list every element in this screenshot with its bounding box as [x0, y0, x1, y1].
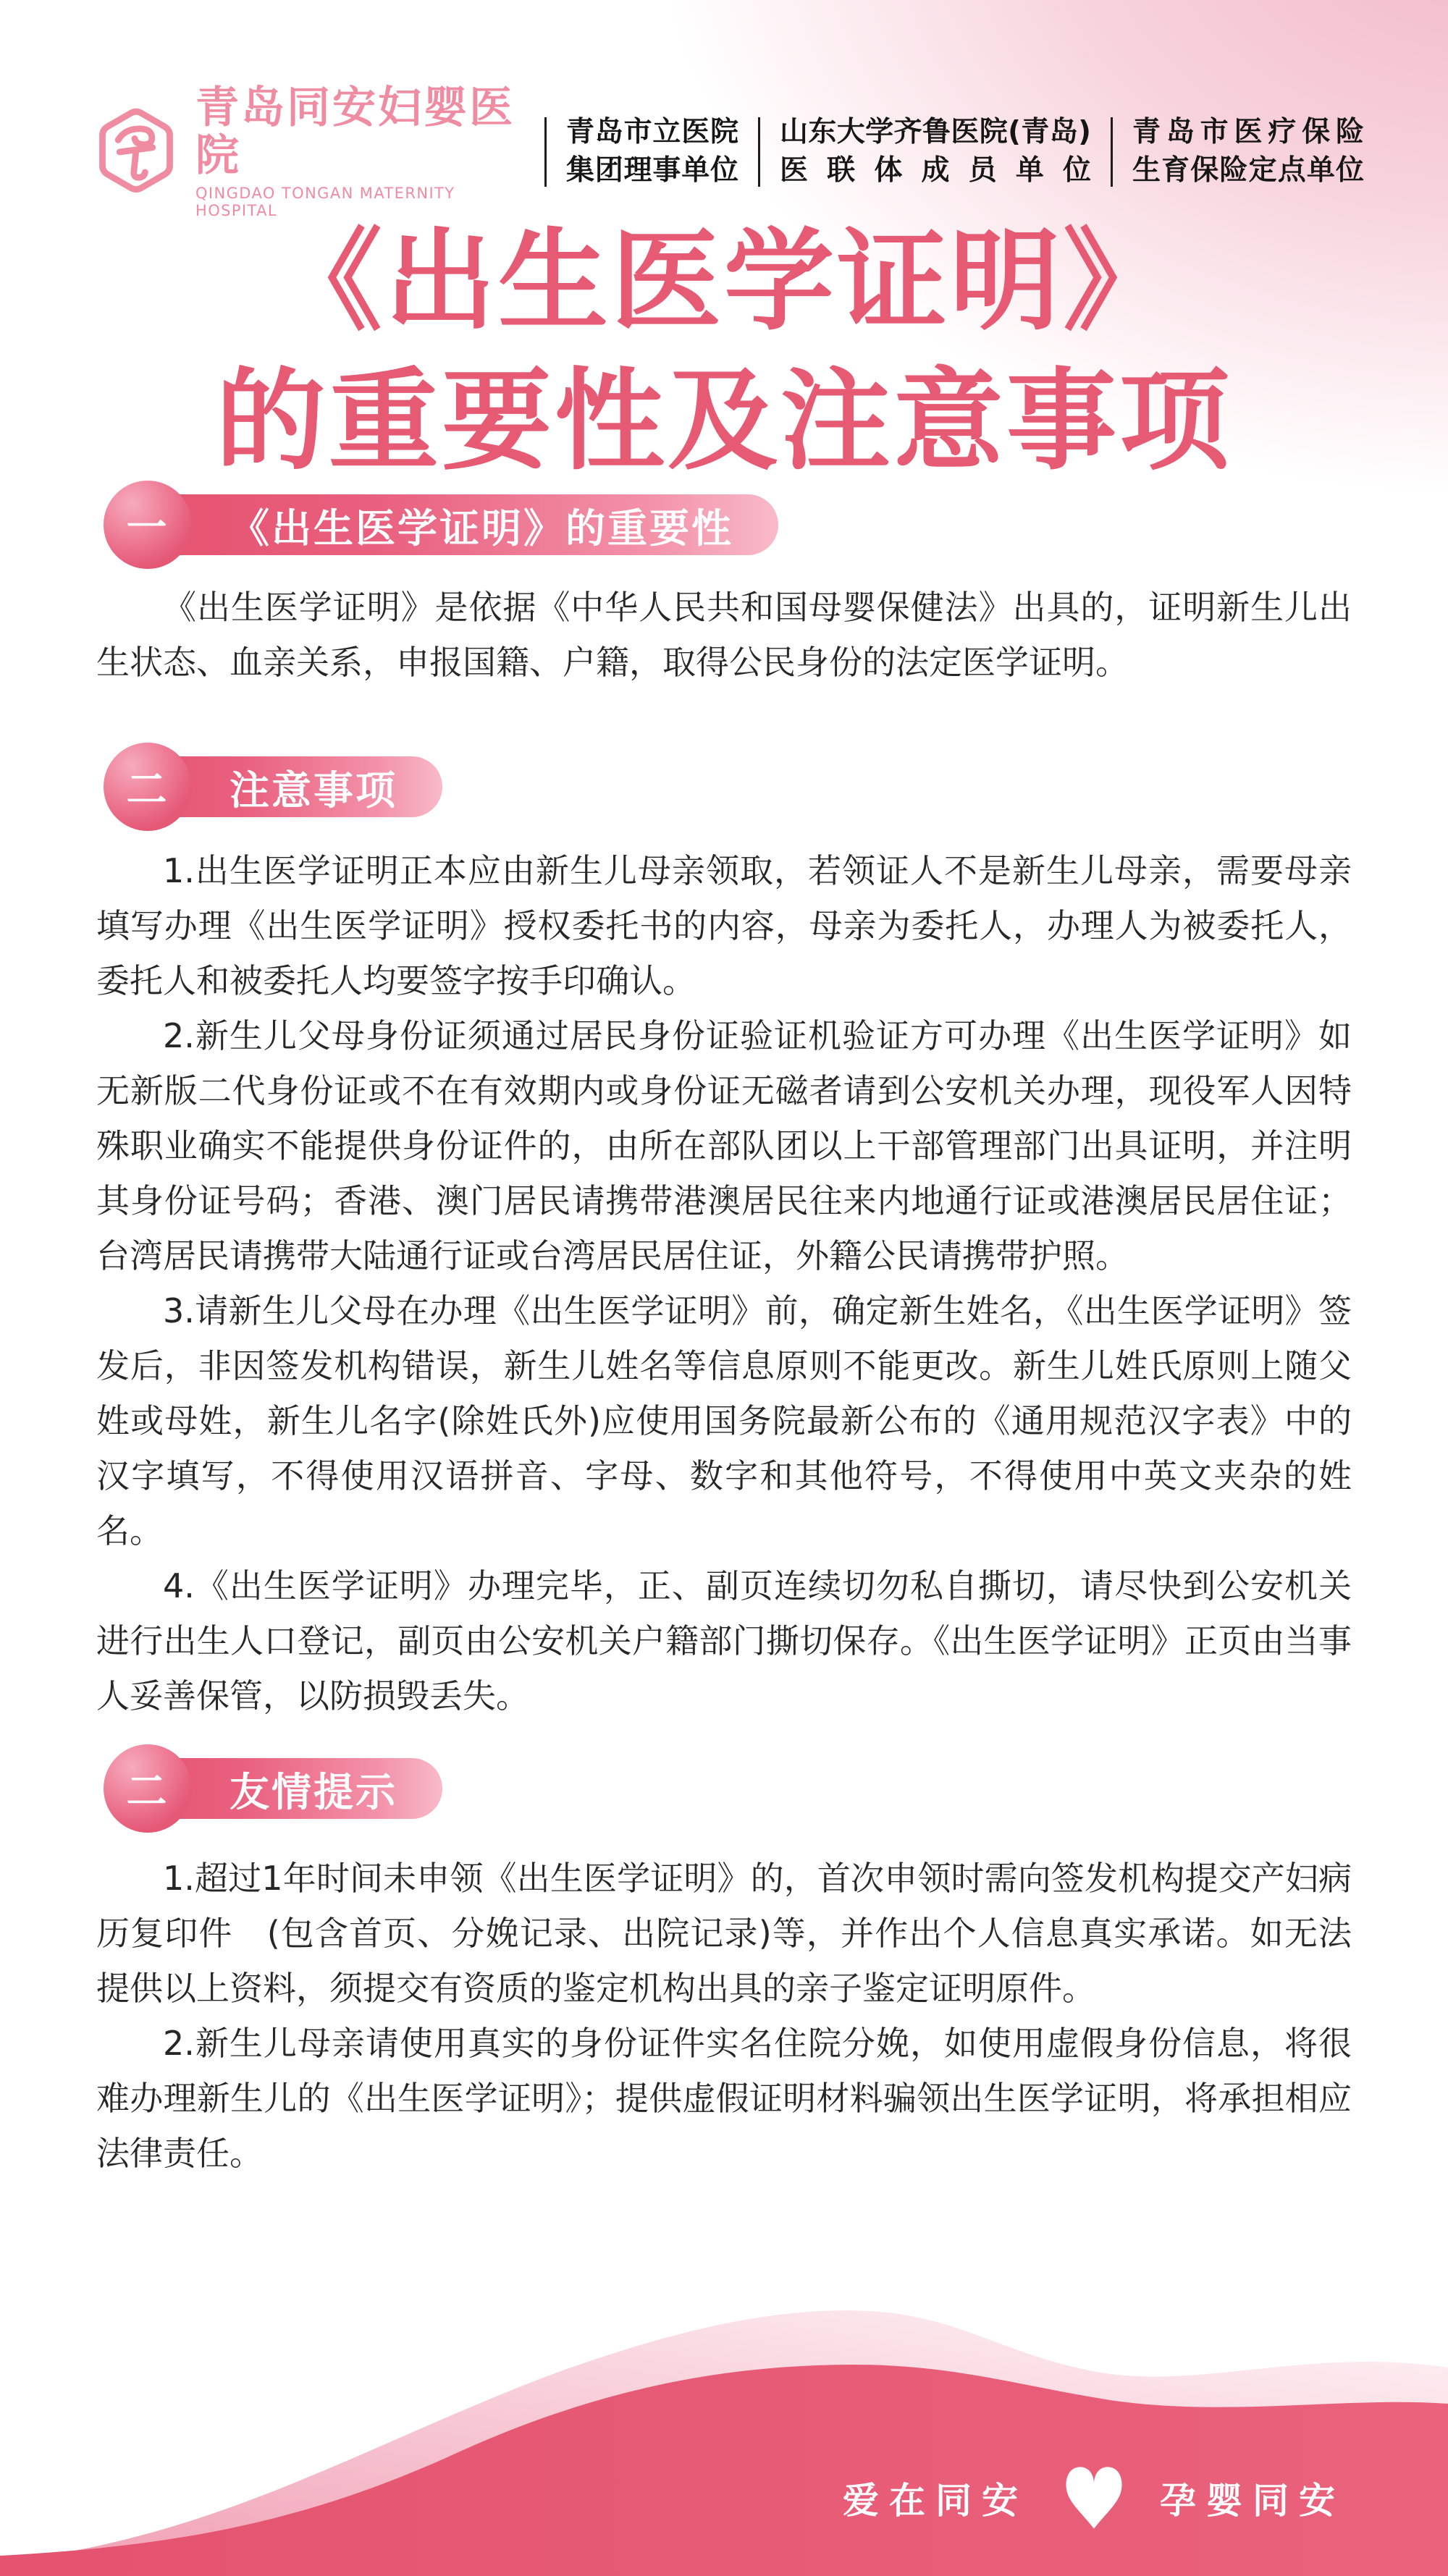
affiliation-line: 青岛市立医院 [566, 114, 738, 151]
affiliation-line: 生育保险定点单位 [1132, 152, 1364, 190]
section-heading: 友情提示 [230, 1760, 397, 1817]
section-importance: 一 《出生医学证明》的重要性 《出生医学证明》是依据《中华人民共和国母婴保健法》… [96, 494, 1352, 690]
page-title-line2: 的重要性及注意事项 [0, 351, 1448, 491]
section-paragraph: 2.新生儿父母身份证须通过居民身份证验证机验证方可办理《出生医学证明》如无新版二… [96, 1008, 1352, 1283]
hospital-name-cn: 青岛同安妇婴医院 [195, 84, 525, 180]
section-paragraph: 1.出生医学证明正本应由新生儿母亲领取，若领证人不是新生儿母亲，需要母亲填写办理… [96, 843, 1352, 1008]
section-banner: 二 注意事项 [108, 756, 442, 817]
hospital-logo-icon [91, 107, 181, 197]
section-paragraph: 《出生医学证明》是依据《中华人民共和国母婴保健法》出具的，证明新生儿出生状态、血… [96, 580, 1352, 690]
section-number-badge: 二 [104, 743, 192, 831]
section-paragraph: 1.超过1年时间未申领《出生医学证明》的，首次申领时需向签发机构提交产妇病历复印… [96, 1851, 1352, 2016]
section-heading: 注意事项 [230, 759, 397, 816]
section-number-badge: 一 [104, 481, 192, 569]
affiliation-line: 青岛市医疗保险 [1132, 114, 1364, 151]
section-paragraph: 2.新生儿母亲请使用真实的身份证件实名住院分娩，如使用虚假身份信息，将很难办理新… [96, 2016, 1352, 2181]
heart-icon [1064, 2462, 1124, 2534]
affiliation-item: 青岛市医疗保险 生育保险定点单位 [1132, 114, 1364, 190]
section-paragraph: 3.请新生儿父母在办理《出生医学证明》前，确定新生姓名，《出生医学证明》签发后，… [96, 1283, 1352, 1558]
affiliation-line: 医联体成员单位 [780, 152, 1091, 190]
section-paragraph: 4.《出生医学证明》办理完毕，正、副页连续切勿私自撕切，请尽快到公安机关进行出生… [96, 1558, 1352, 1723]
footer-slogan: 爱在同安 孕婴同安 [843, 2462, 1345, 2534]
affiliation-list: 青岛市立医院 集团理事单位 山东大学齐鲁医院(青岛) 医联体成员单位 青岛市医疗… [525, 114, 1364, 190]
section-banner: 一 《出生医学证明》的重要性 [108, 494, 778, 555]
section-banner: 二 友情提示 [108, 1758, 442, 1819]
slogan-left: 爱在同安 [843, 2472, 1028, 2524]
section-friendly-tips: 二 友情提示 1.超过1年时间未申领《出生医学证明》的，首次申领时需向签发机构提… [96, 1723, 1352, 2181]
header-divider [1111, 117, 1113, 187]
section-heading: 《出生医学证明》的重要性 [230, 497, 733, 554]
slogan-right: 孕婴同安 [1160, 2472, 1345, 2524]
header-divider [544, 117, 547, 187]
poster-page: 青岛同安妇婴医院 QINGDAO TONGAN MATERNITY HOSPIT… [0, 0, 1448, 2576]
affiliation-line: 集团理事单位 [566, 152, 738, 190]
content-column: 一 《出生医学证明》的重要性 《出生医学证明》是依据《中华人民共和国母婴保健法》… [96, 494, 1352, 2181]
page-title: 《出生医学证明》 的重要性及注意事项 [0, 211, 1448, 491]
affiliation-line: 山东大学齐鲁医院(青岛) [780, 114, 1091, 151]
affiliation-item: 山东大学齐鲁医院(青岛) 医联体成员单位 [780, 114, 1091, 190]
section-notes: 二 注意事项 1.出生医学证明正本应由新生儿母亲领取，若领证人不是新生儿母亲，需… [96, 690, 1352, 1723]
section-number-badge: 二 [104, 1744, 192, 1833]
header-divider [758, 117, 760, 187]
affiliation-item: 青岛市立医院 集团理事单位 [566, 114, 738, 190]
footer-wave-decoration [0, 2301, 1448, 2576]
page-title-line1: 《出生医学证明》 [0, 211, 1448, 351]
header: 青岛同安妇婴医院 QINGDAO TONGAN MATERNITY HOSPIT… [91, 84, 1364, 219]
hospital-logo-text: 青岛同安妇婴医院 QINGDAO TONGAN MATERNITY HOSPIT… [195, 84, 525, 219]
hospital-logo: 青岛同安妇婴医院 QINGDAO TONGAN MATERNITY HOSPIT… [91, 84, 525, 219]
